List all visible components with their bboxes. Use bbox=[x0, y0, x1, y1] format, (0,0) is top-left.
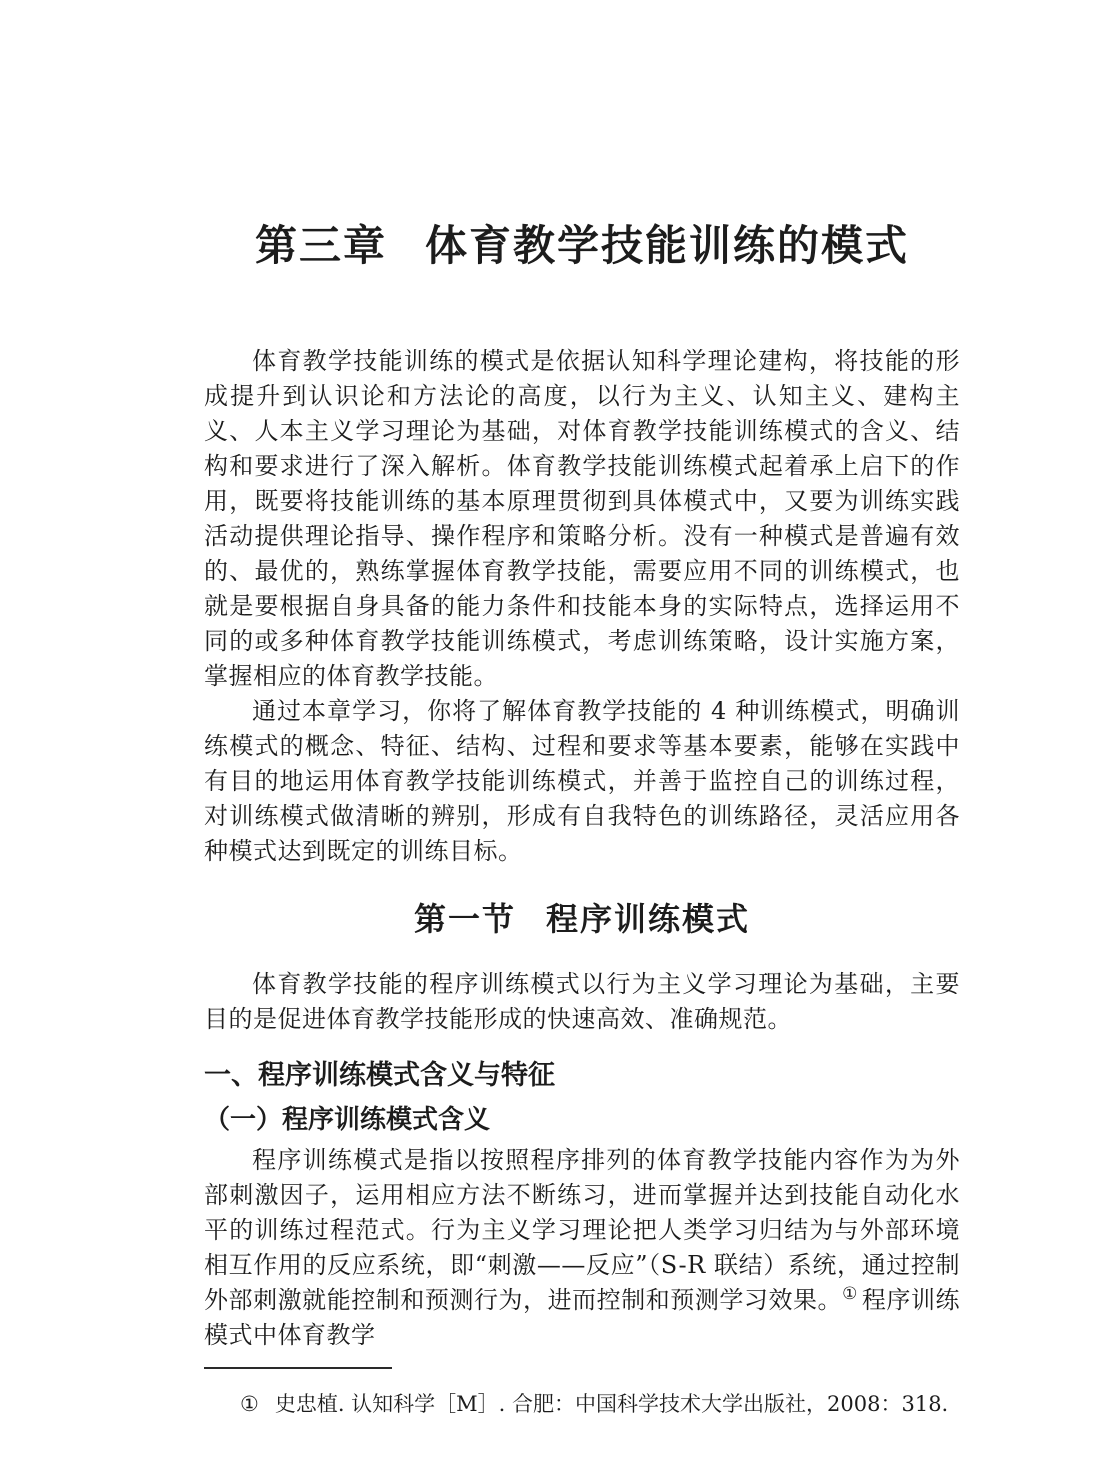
footnote-divider bbox=[204, 1367, 392, 1369]
book-page: 第三章体育教学技能训练的模式 体育教学技能训练的模式是依据认知科学理论建构，将技… bbox=[0, 0, 1108, 1473]
section-number: 第一节 bbox=[414, 900, 516, 938]
section-lead-paragraph: 体育教学技能的程序训练模式以行为主义学习理论为基础，主要目的是促进体育教学技能形… bbox=[204, 967, 960, 1037]
chapter-title: 第三章体育教学技能训练的模式 bbox=[204, 220, 960, 272]
chapter-number: 第三章 bbox=[255, 221, 387, 270]
footnote: ①史忠植. 认知科学［M］. 合肥：中国科学技术大学出版社，2008：318. bbox=[204, 1389, 960, 1419]
section-paragraph: 程序训练模式是指以按照程序排列的体育教学技能内容作为为外部刺激因子，运用相应方法… bbox=[204, 1143, 960, 1353]
chapter-title-text: 体育教学技能训练的模式 bbox=[425, 221, 909, 270]
section-title-text: 程序训练模式 bbox=[546, 900, 750, 938]
section-title: 第一节程序训练模式 bbox=[204, 897, 960, 941]
subsection-heading: 一、程序训练模式含义与特征 bbox=[204, 1061, 960, 1091]
footnote-reference-marker: ① bbox=[842, 1284, 858, 1304]
footnote-text: 史忠植. 认知科学［M］. 合肥：中国科学技术大学出版社，2008：318. bbox=[275, 1392, 948, 1416]
text-column: 第三章体育教学技能训练的模式 体育教学技能训练的模式是依据认知科学理论建构，将技… bbox=[204, 220, 960, 1419]
intro-paragraph-1: 体育教学技能训练的模式是依据认知科学理论建构，将技能的形成提升到认识论和方法论的… bbox=[204, 344, 960, 694]
footnote-marker: ① bbox=[240, 1392, 259, 1416]
intro-paragraph-2: 通过本章学习，你将了解体育教学技能的 4 种训练模式，明确训练模式的概念、特征、… bbox=[204, 694, 960, 869]
subsubsection-heading: （一）程序训练模式含义 bbox=[204, 1105, 960, 1135]
